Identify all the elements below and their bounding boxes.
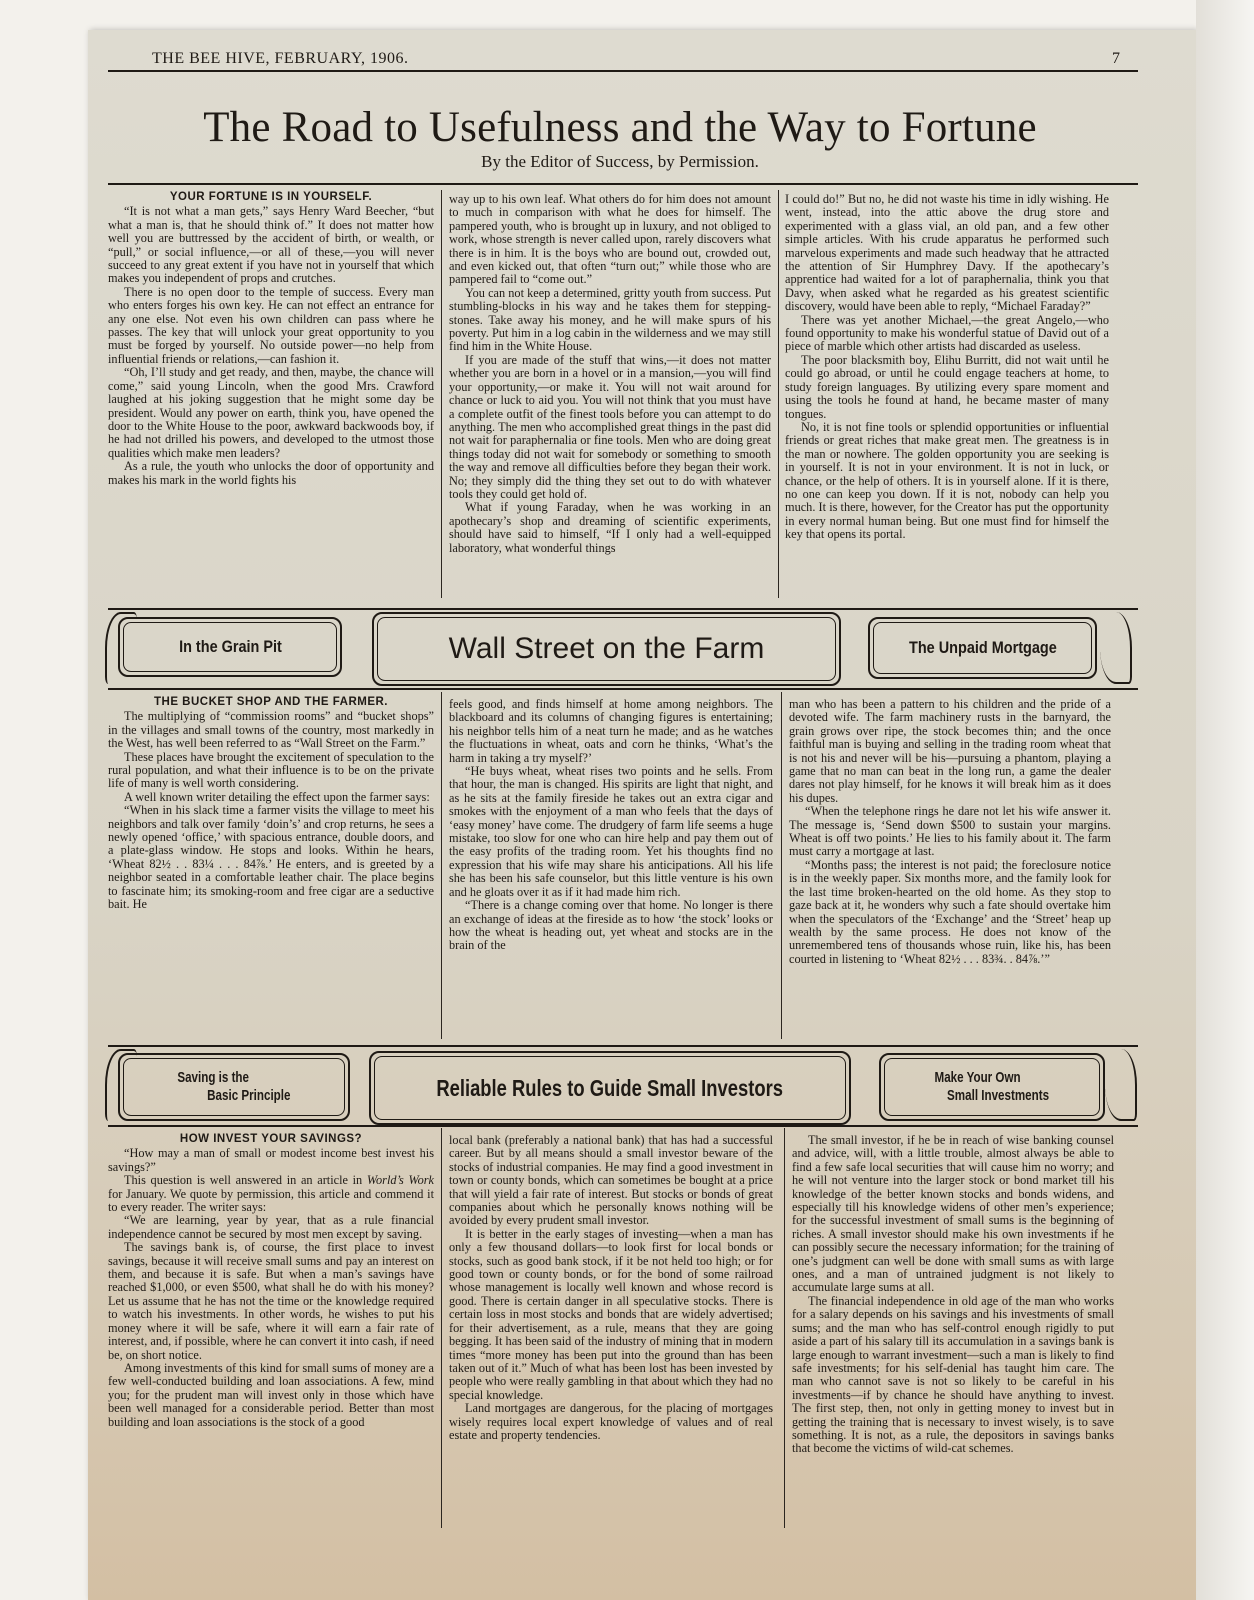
ornament-icon bbox=[105, 612, 137, 684]
paragraph: What if young Faraday, when he was worki… bbox=[449, 501, 771, 555]
paragraph: It is better in the early stages of inve… bbox=[449, 1228, 773, 1402]
column-divider bbox=[441, 190, 442, 598]
section1-col3: I could do!” But no, he did not waste hi… bbox=[785, 193, 1109, 542]
paragraph: “He buys wheat, wheat rises two points a… bbox=[449, 765, 773, 899]
paragraph: “We are learning, year by year, that as … bbox=[108, 1214, 434, 1241]
banner-title: Reliable Rules to Guide Small Investors bbox=[437, 1075, 784, 1102]
title-rule bbox=[108, 183, 1138, 185]
header-rule bbox=[108, 70, 1138, 72]
banner-rule-bottom bbox=[108, 1125, 1138, 1127]
banner-label: In the Grain Pit bbox=[179, 637, 282, 657]
paragraph: This question is well answered in an art… bbox=[108, 1174, 434, 1214]
banner-reliable-rules: Reliable Rules to Guide Small Investors bbox=[369, 1051, 851, 1125]
paragraph: The savings bank is, of course, the firs… bbox=[108, 1241, 434, 1362]
banner-make-investments: Make Your Own Small Investments bbox=[879, 1053, 1105, 1121]
banner-label-line2: Basic Principle bbox=[207, 1087, 290, 1105]
banner-label-line2: Small Investments bbox=[946, 1087, 1048, 1105]
banner-title: Wall Street on the Farm bbox=[449, 632, 765, 666]
banner-unpaid-mortgage: The Unpaid Mortgage bbox=[868, 617, 1097, 679]
banner-label: Make Your Own Small Investments bbox=[929, 1069, 1056, 1105]
paragraph: I could do!” But no, he did not waste hi… bbox=[785, 193, 1109, 314]
paragraph: feels good, and finds himself at home am… bbox=[449, 698, 773, 765]
paragraph: man who has been a pattern to his childr… bbox=[789, 698, 1111, 805]
banner-saving-principle: Saving is the Basic Principle bbox=[118, 1053, 350, 1121]
banner-label: The Unpaid Mortgage bbox=[909, 638, 1057, 658]
section2-col2: feels good, and finds himself at home am… bbox=[449, 698, 773, 953]
paragraph: These places have brought the excitement… bbox=[108, 751, 434, 791]
paragraph: No, it is not fine tools or splendid opp… bbox=[785, 421, 1109, 542]
article-title: The Road to Usefulness and the Way to Fo… bbox=[100, 104, 1140, 152]
ornament-icon bbox=[1100, 612, 1132, 684]
section2-col1: THE BUCKET SHOP AND THE FARMER. The mult… bbox=[108, 696, 434, 912]
paragraph: “When in his slack time a farmer visits … bbox=[108, 804, 434, 911]
page-edge bbox=[1196, 0, 1254, 1600]
section1-col2: way up to his own leaf. What others do f… bbox=[449, 193, 771, 555]
paragraph: The financial independence in old age of… bbox=[792, 1295, 1114, 1456]
paragraph: “Months pass; the interest is not paid; … bbox=[789, 859, 1111, 966]
section3-col1: HOW INVEST YOUR SAVINGS? “How may a man … bbox=[108, 1133, 434, 1429]
paragraph: As a rule, the youth who unlocks the doo… bbox=[108, 460, 434, 487]
ornament-icon bbox=[1105, 1049, 1137, 1121]
banner-rule-top bbox=[108, 1045, 1138, 1047]
section3-col3: The small investor, if he be in reach of… bbox=[792, 1134, 1114, 1456]
paragraph: You can not keep a determined, gritty yo… bbox=[449, 287, 771, 354]
page-number: 7 bbox=[1112, 50, 1120, 68]
column-divider bbox=[441, 692, 442, 1039]
paragraph: Land mortgages are dangerous, for the pl… bbox=[449, 1402, 773, 1442]
paragraph: The multiplying of “commission rooms” an… bbox=[108, 710, 434, 750]
paragraph: local bank (preferably a national bank) … bbox=[449, 1134, 773, 1228]
paragraph: The poor blacksmith boy, Elihu Burritt, … bbox=[785, 354, 1109, 421]
banner-rule-bottom bbox=[108, 688, 1138, 690]
paragraph: “Oh, I’ll study and get ready, and then,… bbox=[108, 366, 434, 460]
banner-rule-top bbox=[108, 608, 1138, 610]
column-divider bbox=[778, 190, 779, 598]
column-divider bbox=[781, 692, 782, 1039]
banner-grain-pit: In the Grain Pit bbox=[118, 617, 342, 677]
column-divider bbox=[784, 1128, 785, 1528]
section1-heading: YOUR FORTUNE IS IN YOURSELF. bbox=[108, 191, 434, 204]
section2-heading: THE BUCKET SHOP AND THE FARMER. bbox=[108, 696, 434, 709]
running-head: THE BEE HIVE, FEBRUARY, 1906. bbox=[152, 50, 408, 68]
paragraph: There was yet another Michael,—the great… bbox=[785, 314, 1109, 354]
paragraph: way up to his own leaf. What others do f… bbox=[449, 193, 771, 287]
section3-col2: local bank (preferably a national bank) … bbox=[449, 1134, 773, 1442]
paragraph: “It is not what a man gets,” says Henry … bbox=[108, 205, 434, 285]
section2-col3: man who has been a pattern to his childr… bbox=[789, 698, 1111, 966]
ornament-icon bbox=[105, 1049, 137, 1121]
paragraph: A well known writer detailing the effect… bbox=[108, 791, 434, 804]
column-divider bbox=[441, 1128, 442, 1528]
paragraph: The small investor, if he be in reach of… bbox=[792, 1134, 1114, 1295]
paragraph: If you are made of the stuff that wins,—… bbox=[449, 354, 771, 501]
section3-heading: HOW INVEST YOUR SAVINGS? bbox=[108, 1133, 434, 1146]
paragraph: “When the telephone rings he dare not le… bbox=[789, 805, 1111, 859]
banner-wall-street: Wall Street on the Farm bbox=[372, 612, 841, 686]
section1-col1: YOUR FORTUNE IS IN YOURSELF. “It is not … bbox=[108, 191, 434, 487]
banner-label-line1: Make Your Own bbox=[934, 1069, 1020, 1087]
banner-label-line1: Saving is the bbox=[177, 1069, 249, 1087]
article-byline: By the Editor of Success, by Permission. bbox=[100, 152, 1140, 172]
paragraph: Among investments of this kind for small… bbox=[108, 1362, 434, 1429]
banner-label: Saving is the Basic Principle bbox=[172, 1069, 296, 1105]
paragraph: “There is a change coming over that home… bbox=[449, 899, 773, 953]
paragraph: There is no open door to the temple of s… bbox=[108, 286, 434, 366]
paragraph: “How may a man of small or modest income… bbox=[108, 1147, 434, 1174]
